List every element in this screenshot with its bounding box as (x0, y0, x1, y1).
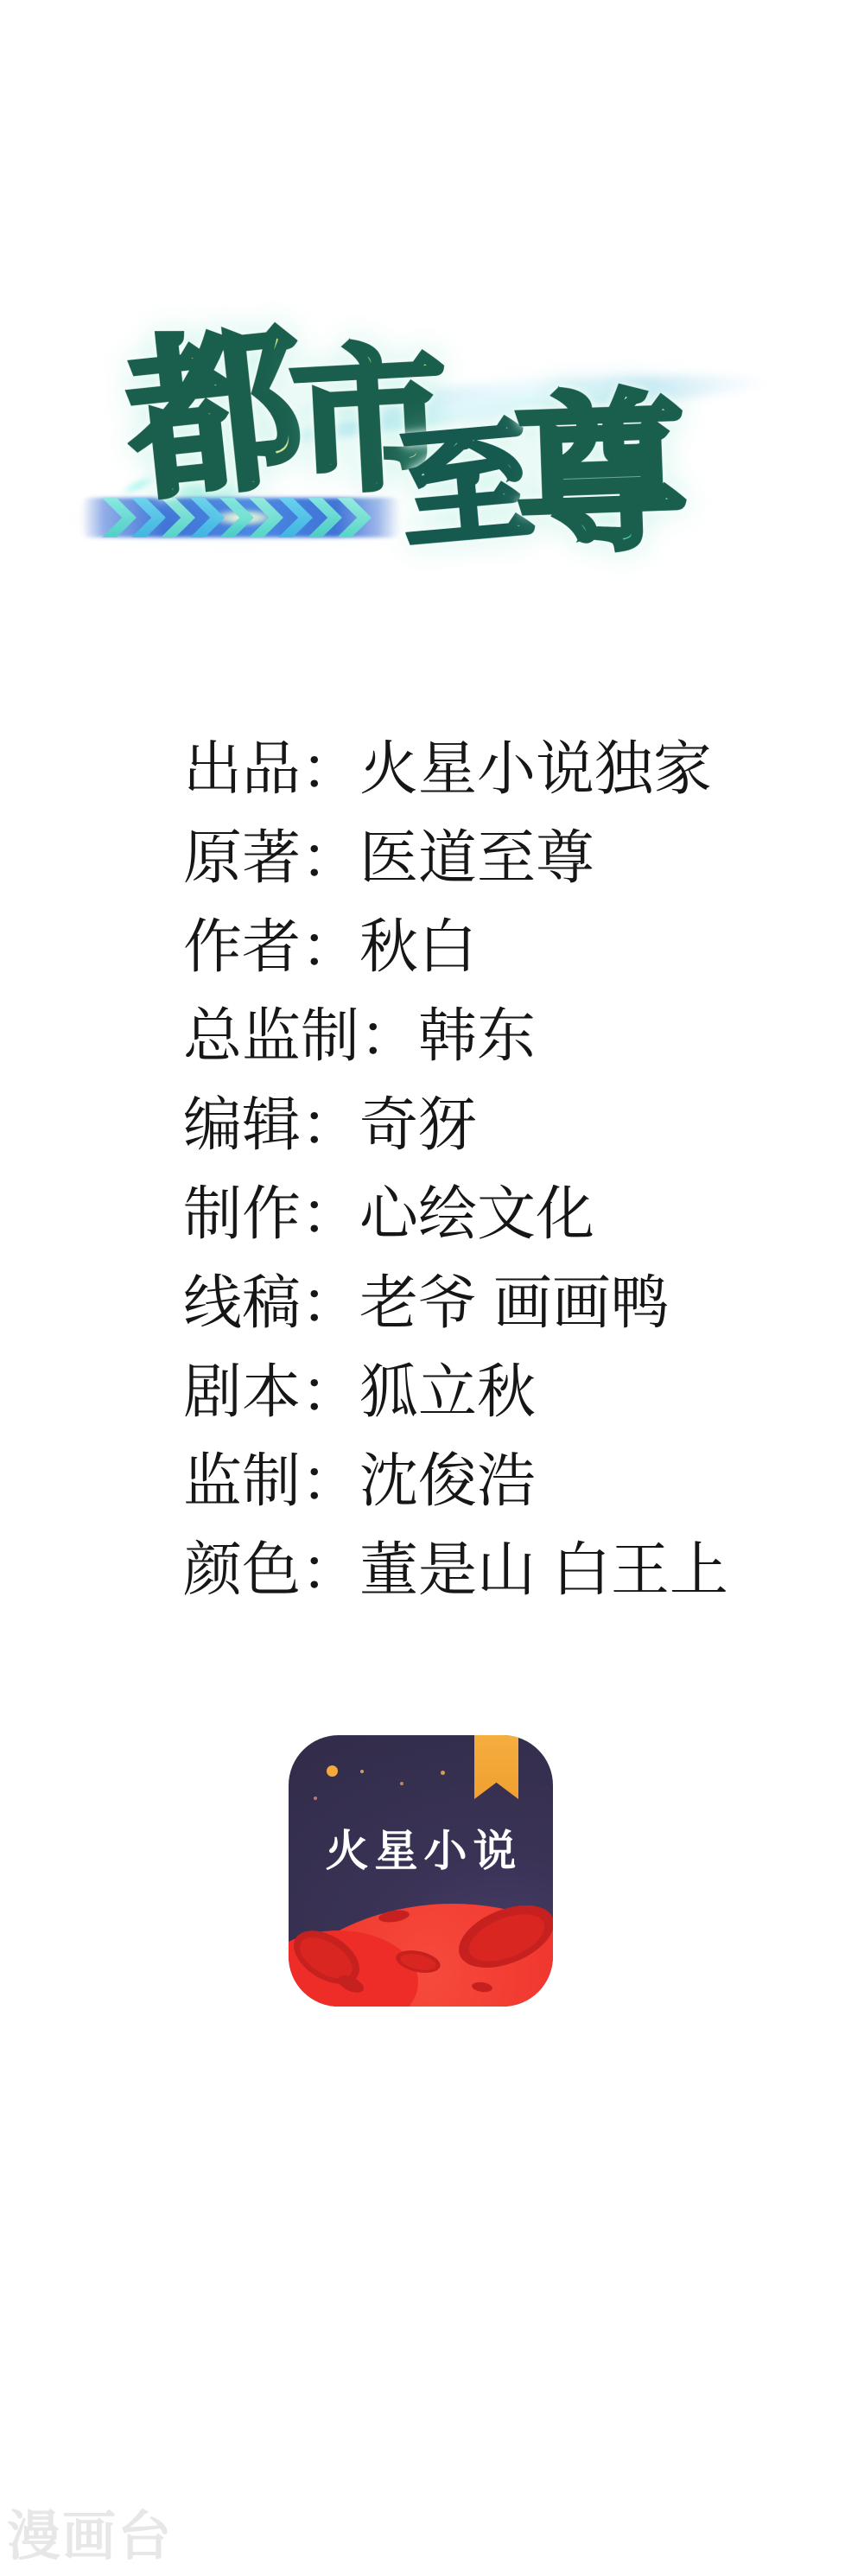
credit-role: 颜色 (183, 1537, 301, 1603)
mars-planet-icon (289, 1735, 553, 2007)
credit-name: 医道至尊 (359, 825, 594, 891)
logo-char-zun: 尊 (514, 388, 689, 563)
credit-separator: ： (301, 1270, 359, 1336)
credit-name: 狐立秋 (359, 1359, 536, 1425)
credit-role: 制作 (183, 1181, 301, 1247)
credit-separator: ： (301, 825, 359, 891)
credit-role: 作者 (183, 914, 301, 980)
credit-role: 线稿 (183, 1270, 301, 1336)
credit-role: 剧本 (183, 1359, 301, 1425)
manhuatai-watermark: 漫画台 (7, 2508, 173, 2566)
credit-separator: ： (359, 1003, 418, 1069)
credit-separator: ： (301, 1092, 359, 1158)
series-logo: 都 市 至 尊 (0, 0, 864, 657)
credit-row: 制作：心绘文化 (183, 1170, 728, 1259)
credit-role: 出品 (183, 736, 301, 802)
credit-name: 秋白 (359, 914, 477, 980)
credit-row: 原著：医道至尊 (183, 814, 728, 903)
credit-name: 心绘文化 (359, 1181, 594, 1247)
credit-role: 监制 (183, 1448, 301, 1514)
credits-list: 出品：火星小说独家 原著：医道至尊 作者：秋白 总监制：韩东 编辑：奇犽 制作：… (183, 725, 728, 1615)
credit-row: 监制：沈俊浩 (183, 1437, 728, 1526)
credit-name: 老爷 画画鸭 (359, 1270, 670, 1336)
credit-separator: ： (301, 1181, 359, 1247)
credit-row: 颜色：董是山 白王上 (183, 1526, 728, 1615)
credit-row: 作者：秋白 (183, 903, 728, 992)
comic-title-page: 都 市 至 尊 出品：火星小说独家 原著：医道至尊 作者：秋白 总监制：韩东 编… (0, 0, 864, 2576)
credit-row: 线稿：老爷 画画鸭 (183, 1259, 728, 1348)
credit-row: 编辑：奇犽 (183, 1081, 728, 1170)
credit-separator: ： (301, 1448, 359, 1514)
credit-name: 奇犽 (359, 1092, 477, 1158)
credit-role: 总监制 (183, 1003, 359, 1069)
credit-name: 火星小说独家 (359, 736, 712, 802)
logo-char-du: 都 (121, 321, 311, 512)
credit-separator: ： (301, 1359, 359, 1425)
credit-name: 董是山 白王上 (359, 1537, 728, 1603)
credit-row: 剧本：狐立秋 (183, 1348, 728, 1437)
credit-name: 韩东 (418, 1003, 536, 1069)
credit-name: 沈俊浩 (359, 1448, 536, 1514)
credit-role: 编辑 (183, 1092, 301, 1158)
credit-role: 原著 (183, 825, 301, 891)
credit-row: 总监制：韩东 (183, 992, 728, 1081)
credit-separator: ： (301, 914, 359, 980)
credit-row: 出品：火星小说独家 (183, 725, 728, 814)
credit-separator: ： (301, 736, 359, 802)
mars-novel-app-icon: 火星小说 (289, 1735, 553, 2007)
credit-separator: ： (301, 1537, 359, 1603)
